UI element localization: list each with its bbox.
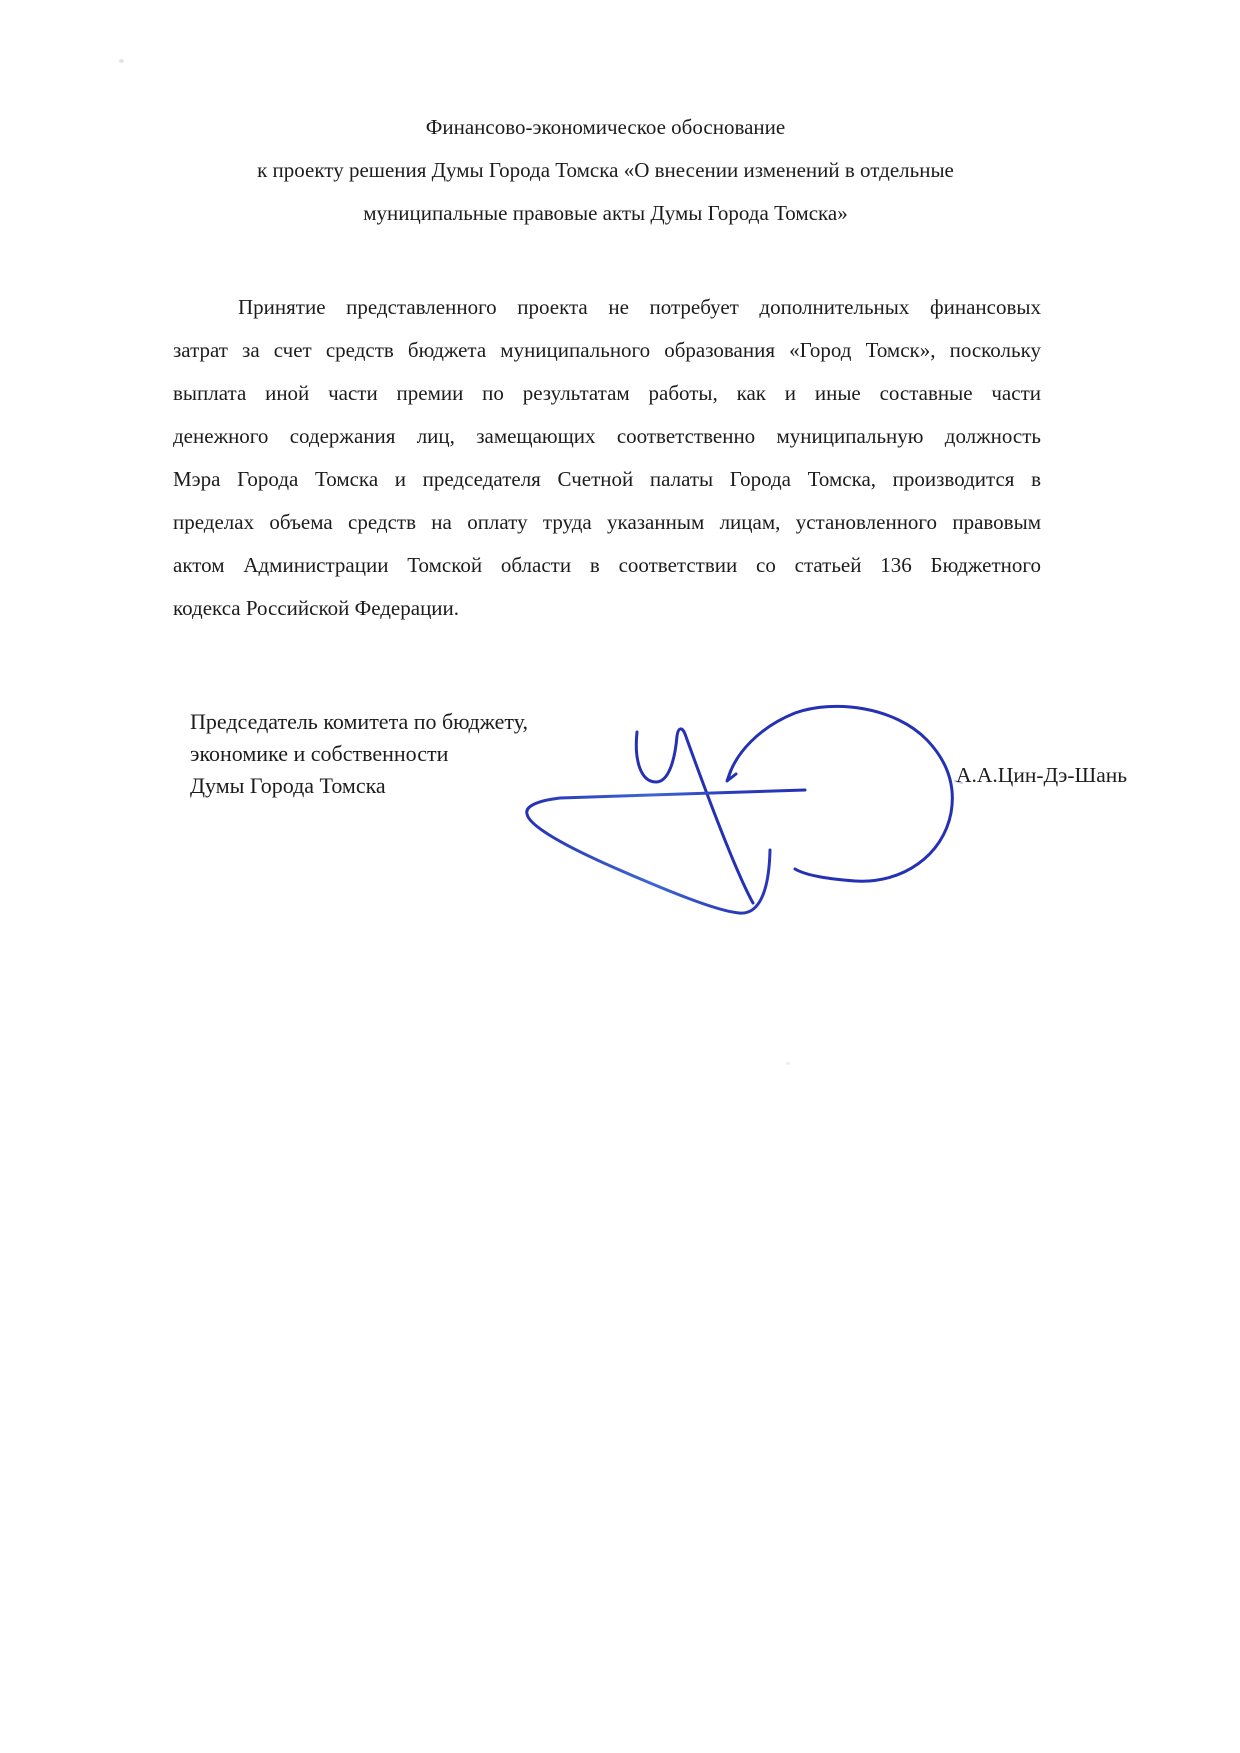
- body-line: Мэра Города Томска и председателя Счетно…: [173, 458, 1041, 501]
- body-line: денежного содержания лиц, замещающих соо…: [173, 415, 1041, 458]
- body-line: актом Администрации Томской области в со…: [173, 544, 1041, 587]
- body-line: пределах объема средств на оплату труда …: [173, 501, 1041, 544]
- signature-stroke-loop: [527, 790, 805, 913]
- title-line: к проекту решения Думы Города Томска «О …: [170, 149, 1041, 192]
- document-title: Финансово-экономическое обоснование к пр…: [170, 106, 1041, 235]
- signatory-name: А.А.Цин-Дэ-Шань: [956, 763, 1127, 788]
- handwritten-signature: [455, 615, 985, 935]
- scan-artifact-speck: [119, 59, 124, 63]
- body-line: затрат за счет средств бюджета муниципал…: [173, 329, 1041, 372]
- document-page: Финансово-экономическое обоснование к пр…: [0, 0, 1240, 1753]
- signature-stroke-u: [636, 729, 753, 903]
- title-line: Финансово-экономическое обоснование: [170, 106, 1041, 149]
- signature-stroke-oval: [728, 706, 952, 881]
- body-line: выплата иной части премии по результатам…: [173, 372, 1041, 415]
- title-line: муниципальные правовые акты Думы Города …: [170, 192, 1041, 235]
- body-paragraph: Принятие представленного проекта не потр…: [173, 286, 1041, 630]
- signature-arrow-tip: [727, 770, 736, 781]
- body-line: Принятие представленного проекта не потр…: [173, 286, 1041, 329]
- scan-artifact-speck: [786, 1062, 790, 1065]
